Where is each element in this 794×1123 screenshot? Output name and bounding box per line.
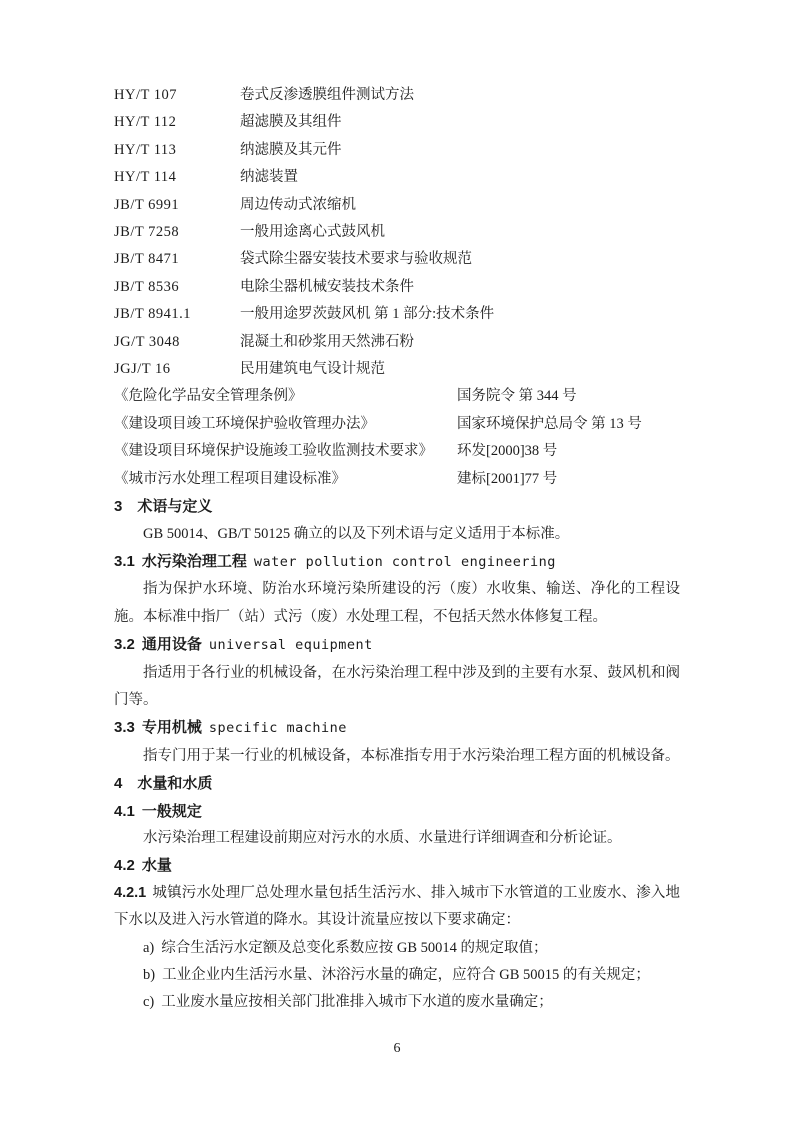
section-4-1-body: 水污染治理工程建设前期应对污水的水质、水量进行详细调查和分析论证。 [114, 825, 680, 852]
document-page: HY/T 107 卷式反渗透膜组件测试方法 HY/T 112 超滤膜及其组件 H… [0, 0, 794, 1123]
standard-title: 混凝土和砂浆用天然沸石粉 [240, 329, 680, 356]
regulation-row: 《建设项目竣工环境保护验收管理办法》 国家环境保护总局令 第 13 号 [114, 411, 680, 438]
clause-item-a: a)综合生活污水定额及总变化系数应按 GB 50014 的规定取值； [114, 935, 680, 962]
standard-code: JB/T 8471 [114, 246, 240, 273]
regulation-title: 《建设项目竣工环境保护验收管理办法》 [114, 411, 457, 438]
section-3-1-heading: 3.1水污染治理工程water pollution control engine… [114, 548, 680, 576]
section-number: 3.3 [114, 719, 135, 736]
standard-code: HY/T 114 [114, 164, 240, 191]
standard-row: JB/T 8536 电除尘器机械安装技术条件 [114, 274, 680, 301]
standard-code: HY/T 112 [114, 109, 240, 136]
section-4-heading: 4水量和水质 [114, 770, 680, 797]
section-3-heading: 3术语与定义 [114, 493, 680, 520]
section-3-1-body: 指为保护水环境、防治水环境污染所建设的污（废）水收集、输送、净化的工程设施。本标… [114, 576, 680, 631]
section-number: 4 [114, 775, 122, 792]
standard-title: 周边传动式浓缩机 [240, 192, 680, 219]
clause-number: 4.2.1 [114, 885, 146, 901]
clause-item-list: a)综合生活污水定额及总变化系数应按 GB 50014 的规定取值； b)工业企… [114, 935, 680, 1017]
standard-row: JGJ/T 16 民用建筑电气设计规范 [114, 356, 680, 383]
standard-title: 袋式除尘器安装技术要求与验收规范 [240, 246, 680, 273]
standard-title: 民用建筑电气设计规范 [240, 356, 680, 383]
standards-reference-list: HY/T 107 卷式反渗透膜组件测试方法 HY/T 112 超滤膜及其组件 H… [114, 82, 680, 383]
regulation-issuer: 建标[2001]77 号 [457, 466, 680, 493]
standard-code: JB/T 8941.1 [114, 301, 240, 328]
item-label: a) [143, 940, 154, 956]
standard-row: JG/T 3048 混凝土和砂浆用天然沸石粉 [114, 329, 680, 356]
section-title: 水量和水质 [137, 775, 212, 792]
term-english: universal equipment [209, 637, 373, 653]
section-4-2-1-paragraph: 4.2.1城镇污水处理厂总处理水量包括生活污水、排入城市下水管道的工业废水、渗入… [114, 880, 680, 935]
section-number: 4.1 [114, 803, 135, 820]
term-english: specific machine [209, 720, 347, 736]
standard-row: JB/T 6991 周边传动式浓缩机 [114, 192, 680, 219]
item-text: 工业企业内生活污水量、沐浴污水量的确定，应符合 GB 50015 的有关规定； [162, 967, 650, 983]
regulation-row: 《建设项目环境保护设施竣工验收监测技术要求》 环发[2000]38 号 [114, 438, 680, 465]
section-title: 一般规定 [142, 803, 202, 820]
section-3-2-body: 指适用于各行业的机械设备，在水污染治理工程中涉及到的主要有水泵、鼓风机和阀门等。 [114, 660, 680, 715]
section-number: 3.1 [114, 553, 135, 570]
section-number: 3 [114, 498, 122, 515]
section-3-intro: GB 50014、GB/T 50125 确立的以及下列术语与定义适用于本标准。 [114, 521, 680, 548]
standard-row: JB/T 8471 袋式除尘器安装技术要求与验收规范 [114, 246, 680, 273]
clause-item-b: b)工业企业内生活污水量、沐浴污水量的确定，应符合 GB 50015 的有关规定… [114, 962, 680, 989]
section-title: 术语与定义 [137, 498, 212, 515]
standard-code: HY/T 113 [114, 137, 240, 164]
regulation-title: 《危险化学品安全管理条例》 [114, 383, 457, 410]
section-4-1-heading: 4.1一般规定 [114, 798, 680, 825]
section-3-3-heading: 3.3专用机械specific machine [114, 714, 680, 742]
standard-code: HY/T 107 [114, 82, 240, 109]
standard-code: JG/T 3048 [114, 329, 240, 356]
standard-title: 纳滤装置 [240, 164, 680, 191]
regulation-issuer: 国务院令 第 344 号 [457, 383, 680, 410]
regulation-title: 《建设项目环境保护设施竣工验收监测技术要求》 [114, 438, 457, 465]
standard-row: HY/T 107 卷式反渗透膜组件测试方法 [114, 82, 680, 109]
standard-title: 一般用途离心式鼓风机 [240, 219, 680, 246]
regulations-reference-list: 《危险化学品安全管理条例》 国务院令 第 344 号 《建设项目竣工环境保护验收… [114, 383, 680, 493]
standard-code: JB/T 7258 [114, 219, 240, 246]
standard-code: JGJ/T 16 [114, 356, 240, 383]
section-4-2-heading: 4.2水量 [114, 852, 680, 879]
item-text: 工业废水量应按相关部门批准排入城市下水道的废水量确定； [161, 994, 553, 1010]
regulation-row: 《城市污水处理工程项目建设标准》 建标[2001]77 号 [114, 466, 680, 493]
standard-title: 卷式反渗透膜组件测试方法 [240, 82, 680, 109]
regulation-title: 《城市污水处理工程项目建设标准》 [114, 466, 457, 493]
standard-row: HY/T 114 纳滤装置 [114, 164, 680, 191]
term-english: water pollution control engineering [254, 554, 556, 570]
item-label: c) [143, 994, 154, 1010]
clause-body: 城镇污水处理厂总处理水量包括生活污水、排入城市下水管道的工业废水、渗入地下水以及… [114, 885, 680, 928]
item-text: 综合生活污水定额及总变化系数应按 GB 50014 的规定取值； [161, 940, 547, 956]
term-chinese: 专用机械 [142, 719, 202, 736]
section-title: 水量 [142, 857, 172, 874]
clause-item-c: c)工业废水量应按相关部门批准排入城市下水道的废水量确定； [114, 989, 680, 1016]
standard-code: JB/T 6991 [114, 192, 240, 219]
section-number: 3.2 [114, 636, 135, 653]
standard-title: 超滤膜及其组件 [240, 109, 680, 136]
item-label: b) [143, 967, 155, 983]
standard-title: 一般用途罗茨鼓风机 第 1 部分:技术条件 [240, 301, 680, 328]
section-3-3-body: 指专门用于某一行业的机械设备，本标准指专用于水污染治理工程方面的机械设备。 [114, 743, 680, 770]
section-number: 4.2 [114, 857, 135, 874]
standard-row: HY/T 113 纳滤膜及其元件 [114, 137, 680, 164]
standard-row: JB/T 8941.1 一般用途罗茨鼓风机 第 1 部分:技术条件 [114, 301, 680, 328]
regulation-row: 《危险化学品安全管理条例》 国务院令 第 344 号 [114, 383, 680, 410]
page-number: 6 [114, 1035, 680, 1062]
term-chinese: 水污染治理工程 [142, 553, 247, 570]
standard-title: 纳滤膜及其元件 [240, 137, 680, 164]
standard-row: HY/T 112 超滤膜及其组件 [114, 109, 680, 136]
standard-row: JB/T 7258 一般用途离心式鼓风机 [114, 219, 680, 246]
regulation-issuer: 国家环境保护总局令 第 13 号 [457, 411, 680, 438]
standard-title: 电除尘器机械安装技术条件 [240, 274, 680, 301]
standard-code: JB/T 8536 [114, 274, 240, 301]
term-chinese: 通用设备 [142, 636, 202, 653]
section-3-2-heading: 3.2通用设备universal equipment [114, 631, 680, 659]
page-content: HY/T 107 卷式反渗透膜组件测试方法 HY/T 112 超滤膜及其组件 H… [114, 82, 680, 1062]
regulation-issuer: 环发[2000]38 号 [457, 438, 680, 465]
